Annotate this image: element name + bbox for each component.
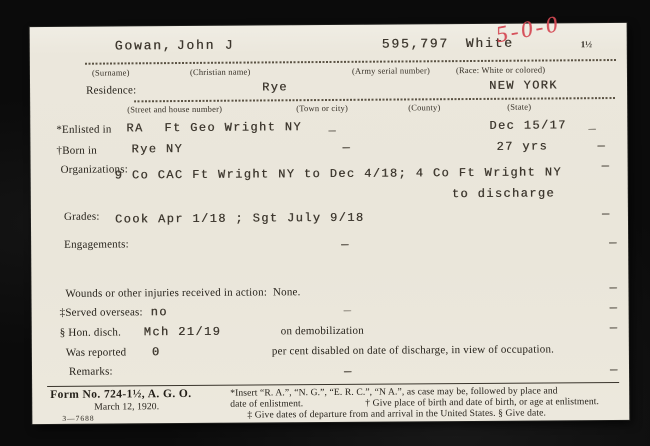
organizations-entry2: to discharge	[452, 186, 555, 201]
remarks-label: Remarks:	[69, 366, 113, 378]
county-label: (County)	[408, 102, 440, 112]
organizations-dash-right: —	[602, 159, 611, 173]
wounds-label: Wounds or other injuries received in act…	[65, 286, 300, 300]
served-overseas-dash-right: —	[610, 301, 619, 315]
surname-label: (Surname)	[92, 67, 130, 77]
christian-name-value: John J	[177, 38, 235, 53]
enlisted-blank2: _	[588, 118, 597, 132]
wounds-value: None.	[273, 286, 301, 298]
engagements-dash-mid: —	[341, 238, 350, 252]
grades-label: Grades:	[64, 211, 100, 223]
grades-dash-right: —	[602, 207, 611, 221]
disability-note: per cent disabled on date of discharge, …	[272, 343, 554, 357]
scan-background: Gowan, John J 595,797 White 5-0-0 1½ (Su…	[0, 0, 650, 446]
residence-state-value: NEW YORK	[489, 78, 558, 92]
enlisted-blank: _	[328, 120, 337, 134]
town-label: (Town or city)	[296, 103, 348, 113]
engagements-label: Engagements:	[64, 238, 129, 250]
form-date: March 12, 1920.	[94, 401, 159, 412]
footer-note-line3: ‡ Give dates of departure from and arriv…	[247, 407, 546, 420]
form-number: Form No. 724-1½, A. G. O.	[50, 388, 191, 401]
disability-value: 0	[152, 345, 161, 359]
remarks-dash-mid: —	[344, 365, 353, 379]
residence-rule	[134, 97, 616, 102]
serial-number-value: 595,797	[382, 36, 449, 51]
organizations-entry1: 9 Co CAC Ft Wright NY to Dec 4/18; 4 Co …	[115, 165, 562, 182]
enlisted-label: *Enlisted in	[56, 124, 111, 136]
hon-disch-note: on demobilization	[281, 325, 364, 338]
served-overseas-label: ‡Served overseas:	[60, 306, 143, 319]
wounds-label-text: Wounds or other injuries received in act…	[65, 286, 267, 299]
served-overseas-value: no	[151, 305, 168, 319]
race-label: (Race: White or colored)	[456, 64, 545, 75]
born-label: †Born in	[56, 145, 96, 157]
corner-mark: 1½	[581, 39, 592, 49]
grades-entry: Cook Apr 1/18 ; Sgt July 9/18	[115, 211, 365, 227]
christian-name-label: (Christian name)	[190, 67, 251, 77]
residence-town-value: Rye	[262, 80, 288, 94]
born-dash-mid: —	[342, 141, 351, 155]
born-dash-right: —	[597, 139, 606, 153]
hon-disch-date: Mch 21/19	[144, 325, 222, 340]
footer-note-line2b: † Give place of birth and date of birth,…	[365, 396, 599, 409]
print-code: 3—7688	[62, 414, 94, 423]
enlisted-branch: RA	[126, 121, 143, 135]
remarks-dash-right: —	[610, 363, 619, 377]
serial-number-label: (Army serial number)	[352, 65, 430, 76]
disability-label: Was reported	[66, 346, 127, 358]
red-handwritten-annotation: 5-0-0	[494, 11, 562, 48]
engagements-dash-right: —	[609, 236, 618, 250]
wounds-dash-right: —	[609, 281, 618, 295]
record-card: Gowan, John J 595,797 White 5-0-0 1½ (Su…	[30, 23, 630, 424]
state-label: (State)	[507, 102, 531, 112]
footer-note-line2a: date of enlistment.	[230, 398, 303, 410]
street-label: (Street and house number)	[127, 104, 222, 115]
residence-label: Residence:	[86, 84, 136, 96]
enlisted-place: Ft Geo Wright NY	[164, 120, 302, 135]
served-overseas-dash-mid: —	[344, 304, 353, 318]
enlisted-date: Dec 15/17	[489, 118, 567, 133]
hon-disch-label: § Hon. disch.	[60, 326, 121, 338]
born-place: Rye NY	[131, 142, 183, 156]
surname-value: Gowan,	[115, 38, 173, 53]
hon-disch-dash-right: —	[610, 321, 619, 335]
born-age: 27 yrs	[496, 139, 548, 153]
